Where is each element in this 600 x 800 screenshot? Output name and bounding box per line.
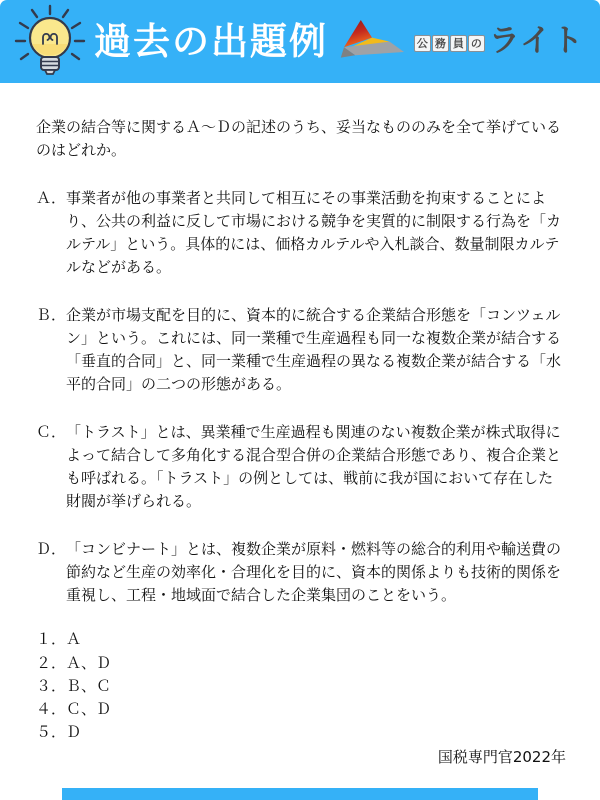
choice-5: ５．Ｄ [36,721,566,744]
answer-choices: １．Ａ ２．Ａ、Ｄ ３．Ｂ、Ｃ ４．Ｃ、Ｄ ５．Ｄ [36,628,566,744]
logo-char: 務 [432,35,449,52]
choice-4: ４．Ｃ、Ｄ [36,698,566,721]
choice-1: １．Ａ [36,628,566,651]
statement-d-label: Ｄ． [36,538,66,608]
choice-2: ２．Ａ、Ｄ [36,652,566,675]
statement-d: Ｄ． 「コンビナート」とは、複数企業が原料・燃料等の総合的利用や輸送費の節約など… [36,538,566,608]
statement-a-text: 事業者が他の事業者と共同して相互にその事業活動を拘束することにより、公共の利益に… [66,187,566,280]
logo-mark-icon [336,17,408,67]
quiz-card: 過去の出題例 公 [0,0,600,800]
header: 過去の出題例 公 [0,0,600,83]
choice-3: ３．Ｂ、Ｃ [36,675,566,698]
statement-c-text: 「トラスト」とは、異業種で生産過程も関連のない複数企業が株式取得によって結合して… [66,421,566,514]
brand-logo: 公 務 員 の ライト [336,17,584,67]
question-intro: 企業の結合等に関するＡ～Ｄの記述のうち、妥当なもののみを全て挙げているのはどれか… [36,116,566,163]
logo-char: 員 [450,35,467,52]
statement-b-label: Ｂ． [36,304,66,397]
question-body: 企業の結合等に関するＡ～Ｄの記述のうち、妥当なもののみを全て挙げているのはどれか… [0,83,600,769]
statement-d-text: 「コンビナート」とは、複数企業が原料・燃料等の総合的利用や輸送費の節約など生産の… [66,538,566,608]
logo-boxed-text: 公 務 員 の [414,35,485,52]
lightbulb-icon [10,2,90,82]
logo-char: 公 [414,35,431,52]
statement-c: Ｃ． 「トラスト」とは、異業種で生産過程も関連のない複数企業が株式取得によって結… [36,421,566,514]
brand-name: ライト [489,26,584,57]
statement-c-label: Ｃ． [36,421,66,514]
footer-bar [62,788,538,800]
statement-b-text: 企業が市場支配を目的に、資本的に統合する企業結合形態を「コンツェルン」という。こ… [66,304,566,397]
statement-a-label: Ａ． [36,187,66,280]
source-label: 国税専門官2022年 [36,746,566,769]
statement-a: Ａ． 事業者が他の事業者と共同して相互にその事業活動を拘束することにより、公共の… [36,187,566,280]
logo-char: の [468,35,485,52]
statement-b: Ｂ． 企業が市場支配を目的に、資本的に統合する企業結合形態を「コンツェルン」とい… [36,304,566,397]
page-title: 過去の出題例 [94,23,328,60]
